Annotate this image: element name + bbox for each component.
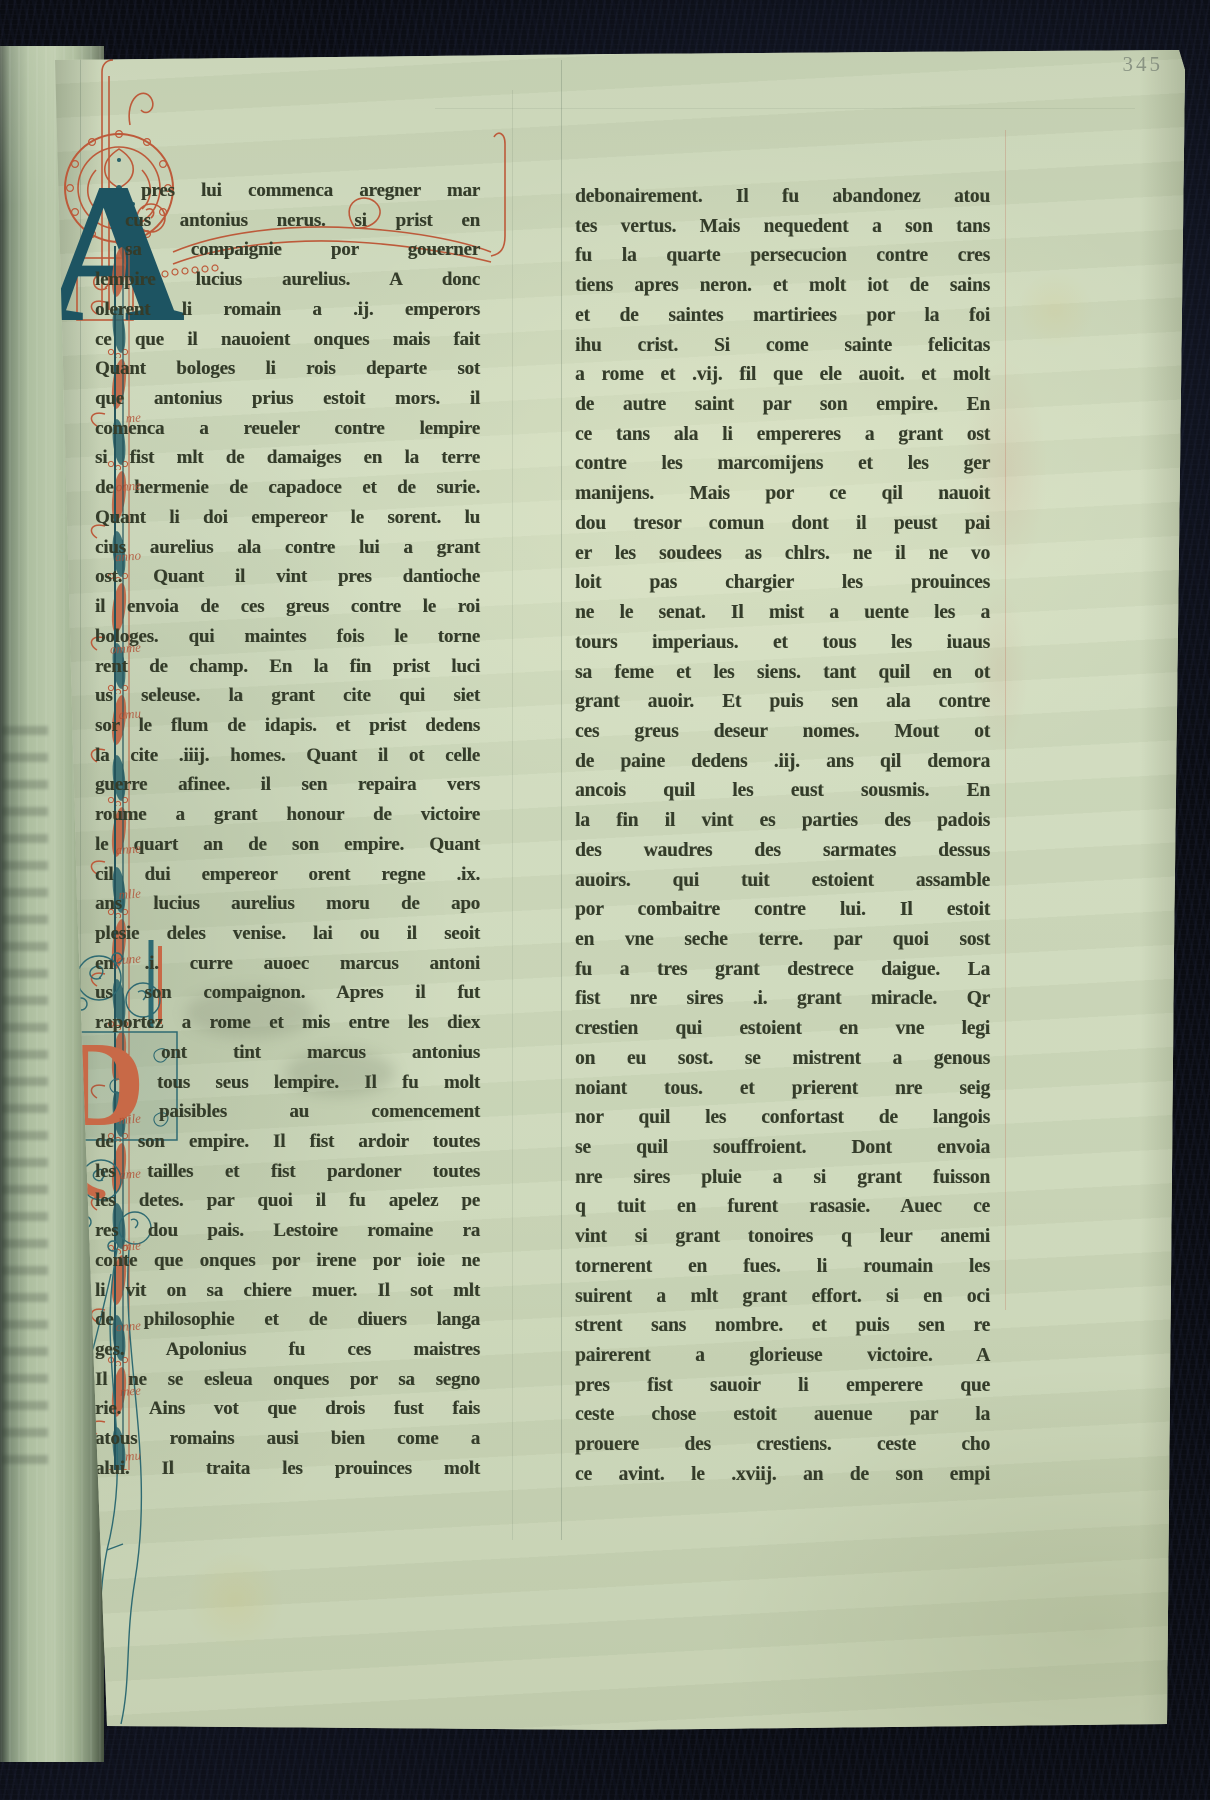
text-line: ost. Quant il vint pres dantioche — [95, 562, 480, 592]
text-line: strent sans nombre. et puis sen re — [575, 1311, 990, 1341]
text-line: roume a grant honour de victoire — [95, 800, 480, 830]
text-line: on eu sost. se mistrent a genous — [575, 1044, 990, 1074]
text-column-right: debonairement. Il fu abandonez atoutes v… — [575, 182, 990, 1490]
text-line: crestien qui estoient en vne legi — [575, 1014, 990, 1044]
text-line: de autre saint par son empire. En — [575, 390, 990, 420]
penwork-sprout — [129, 93, 153, 125]
text-line: ancois quil les eust sousmis. En — [575, 776, 990, 806]
text-line: sa compaignie por gouerner — [125, 235, 480, 265]
text-line: fu a tres grant destrece daigue. La — [575, 955, 990, 985]
text-line: nre sires pluie a si grant fuisson — [575, 1163, 990, 1193]
text-line: plesie deles venise. lai ou il seoit — [95, 919, 480, 949]
text-line: Quant li doi empereor le sorent. lu — [95, 503, 480, 533]
text-line: pairerent a glorieuse victoire. A — [575, 1341, 990, 1371]
text-line: debonairement. Il fu abandonez atou — [575, 182, 990, 212]
ruling-line-right-red — [1005, 130, 1006, 1310]
text-line: fu la quarte persecucion contre cres — [575, 241, 990, 271]
manuscript-page: 345 — [55, 50, 1185, 1730]
text-line: auoirs. qui tuit estoient assamble — [575, 866, 990, 896]
text-line: que antonius prius estoit mors. il — [95, 384, 480, 414]
text-line: tes vertus. Mais nequedent a son tans — [575, 212, 990, 242]
text-line: prouere des crestiens. ceste cho — [575, 1430, 990, 1460]
text-line: de son empire. Il fist ardoir toutes — [95, 1127, 480, 1157]
text-line: contre les marcomijens et les ger — [575, 449, 990, 479]
text-line: vint si grant tonoires q leur anemi — [575, 1222, 990, 1252]
text-line: manijens. Mais por ce qil nauoit — [575, 479, 990, 509]
text-line: atous romains ausi bien come a — [95, 1424, 480, 1454]
text-line: la cite .iiij. homes. Quant il ot celle — [95, 741, 480, 771]
text-column-left: pres lui commenca aregner marcus antoniu… — [95, 176, 480, 1484]
text-line: us son compaignon. Apres il fut — [95, 978, 480, 1008]
text-line: Quant bologes li rois departe sot — [95, 354, 480, 384]
text-line: ont tint marcus antonius — [161, 1038, 480, 1068]
text-line: ce avint. le .xviij. an de son empi — [575, 1460, 990, 1490]
text-line: sa feme et les siens. tant quil en ot — [575, 658, 990, 688]
text-line: et de saintes martiriees por la foi — [575, 301, 990, 331]
text-line: ne le senat. Il mist a uente les a — [575, 598, 990, 628]
text-line: de paine dedens .iij. ans qil demora — [575, 747, 990, 777]
text-line: ges. Apolonius fu ces maistres — [95, 1335, 480, 1365]
text-line: conte que onques por irene por ioie ne — [95, 1246, 480, 1276]
text-line: lempire lucius aurelius. A donc — [95, 265, 480, 295]
text-line: ce que il nauoient onques mais fait — [95, 325, 480, 355]
text-line: loit pas chargier les prouinces — [575, 568, 990, 598]
text-line: er les soudees as chlrs. ne il ne vo — [575, 539, 990, 569]
text-line: rie. Ains vot que drois fust fais — [95, 1394, 480, 1424]
text-line: ceste chose estoit auenue par la — [575, 1400, 990, 1430]
text-line: grant auoir. Et puis sen ala contre — [575, 687, 990, 717]
text-line: ces greus deseur nomes. Mout ot — [575, 717, 990, 747]
text-line: comenca a reueler contre lempire — [95, 414, 480, 444]
text-line: des waudres des sarmates dessus — [575, 836, 990, 866]
text-line: ans lucius aurelius moru de apo — [95, 889, 480, 919]
text-line: tours imperiaus. et tous les iuaus — [575, 628, 990, 658]
text-line: le quart an de son empire. Quant — [95, 830, 480, 860]
text-line: si fist mlt de damaiges en la terre — [95, 443, 480, 473]
manuscript-photo: { "folio_number": "345", "initials": { "… — [0, 0, 1210, 1800]
facing-page-bleed-text — [2, 726, 48, 1466]
text-line: de hermenie de capadoce et de surie. — [95, 473, 480, 503]
text-line: guerre afinee. il sen repaira vers — [95, 770, 480, 800]
text-line: cil dui empereor orent regne .ix. — [95, 860, 480, 890]
text-line: les tailles et fist pardoner toutes — [95, 1157, 480, 1187]
text-line: fist nre sires .i. grant miracle. Qr — [575, 984, 990, 1014]
text-line: nor quil les confortast de langois — [575, 1103, 990, 1133]
text-line: pres lui commenca aregner mar — [141, 176, 480, 206]
text-line: il envoia de ces greus contre le roi — [95, 592, 480, 622]
text-line: cus antonius nerus. si prist en — [125, 206, 480, 236]
text-line: sor le flum de idapis. et prist dedens — [95, 711, 480, 741]
text-line: a rome et .vij. fil que ele auoit. et mo… — [575, 360, 990, 390]
text-line: de philosophie et de diuers langa — [95, 1305, 480, 1335]
text-line: alui. Il traita les prouinces molt — [95, 1454, 480, 1484]
text-line: pres fist sauoir li emperere que — [575, 1371, 990, 1401]
text-line: raportez a rome et mis entre les diex — [95, 1008, 480, 1038]
text-line: cius aurelius ala contre lui a grant — [95, 533, 480, 563]
penwork-hook — [491, 133, 505, 256]
text-line: les detes. par quoi il fu apelez pe — [95, 1186, 480, 1216]
text-line: ce tans ala li empereres a grant ost — [575, 420, 990, 450]
text-line: dou tresor comun dont il peust pai — [575, 509, 990, 539]
text-line: ihu crist. Si come sainte felicitas — [575, 331, 990, 361]
text-line: Il ne se esleua onques por sa segno — [95, 1365, 480, 1395]
text-line: olerent li romain a .ij. emperors — [95, 295, 480, 325]
folio-number: 345 — [1087, 52, 1163, 77]
text-line: bologes. qui maintes fois le torne — [95, 622, 480, 652]
text-line: q tuit en furent rasasie. Auec ce — [575, 1192, 990, 1222]
text-line: noiant tous. et prierent nre seig — [575, 1074, 990, 1104]
ruling-line-top — [435, 108, 1135, 109]
ruling-line-gutter-b — [561, 60, 562, 1540]
text-line: la fin il vint es parties des padois — [575, 806, 990, 836]
text-line: li vit on sa chiere muer. Il sot mlt — [95, 1276, 480, 1306]
text-line: res dou pais. Lestoire romaine ra — [95, 1216, 480, 1246]
text-line: suirent a mlt grant effort. si en oci — [575, 1282, 990, 1312]
text-line: rent de champ. En la fin prist luci — [95, 652, 480, 682]
text-line: por combaitre contre lui. Il estoit — [575, 895, 990, 925]
text-line: tiens apres neron. et molt iot de sains — [575, 271, 990, 301]
text-line: paisibles au comencement — [159, 1097, 480, 1127]
text-line: tous seus lempire. Il fu molt — [157, 1068, 480, 1098]
text-line: en vne seche terre. par quoi sost — [575, 925, 990, 955]
text-line: en .i. curre auoec marcus antoni — [95, 949, 480, 979]
text-line: tornerent en fues. li roumain les — [575, 1252, 990, 1282]
text-line: se quil souffroient. Dont envoia — [575, 1133, 990, 1163]
text-line: us seleuse. la grant cite qui siet — [95, 681, 480, 711]
